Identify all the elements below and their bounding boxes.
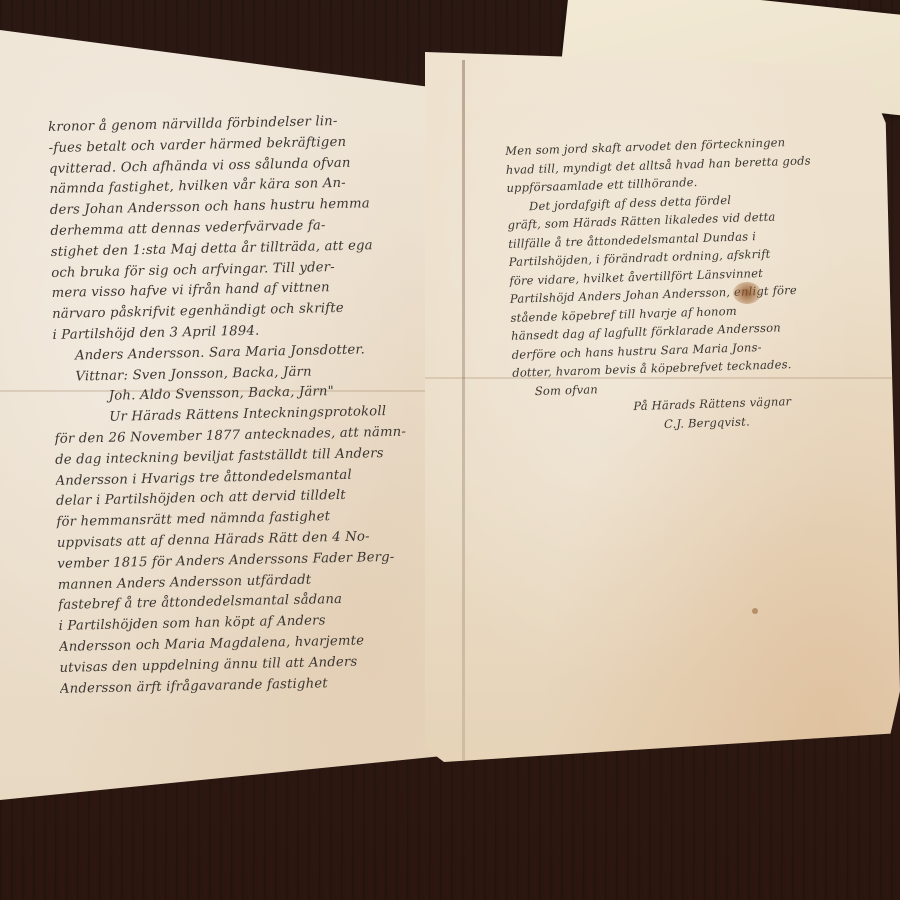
ink-stain — [733, 282, 761, 304]
right-page-text: Men som jord skaft arvodet den förteckni… — [505, 131, 854, 438]
page-binding-gap — [462, 60, 465, 760]
small-stain — [752, 608, 758, 614]
left-page-text: kronor å genom närvillda förbindelser li… — [48, 110, 450, 700]
